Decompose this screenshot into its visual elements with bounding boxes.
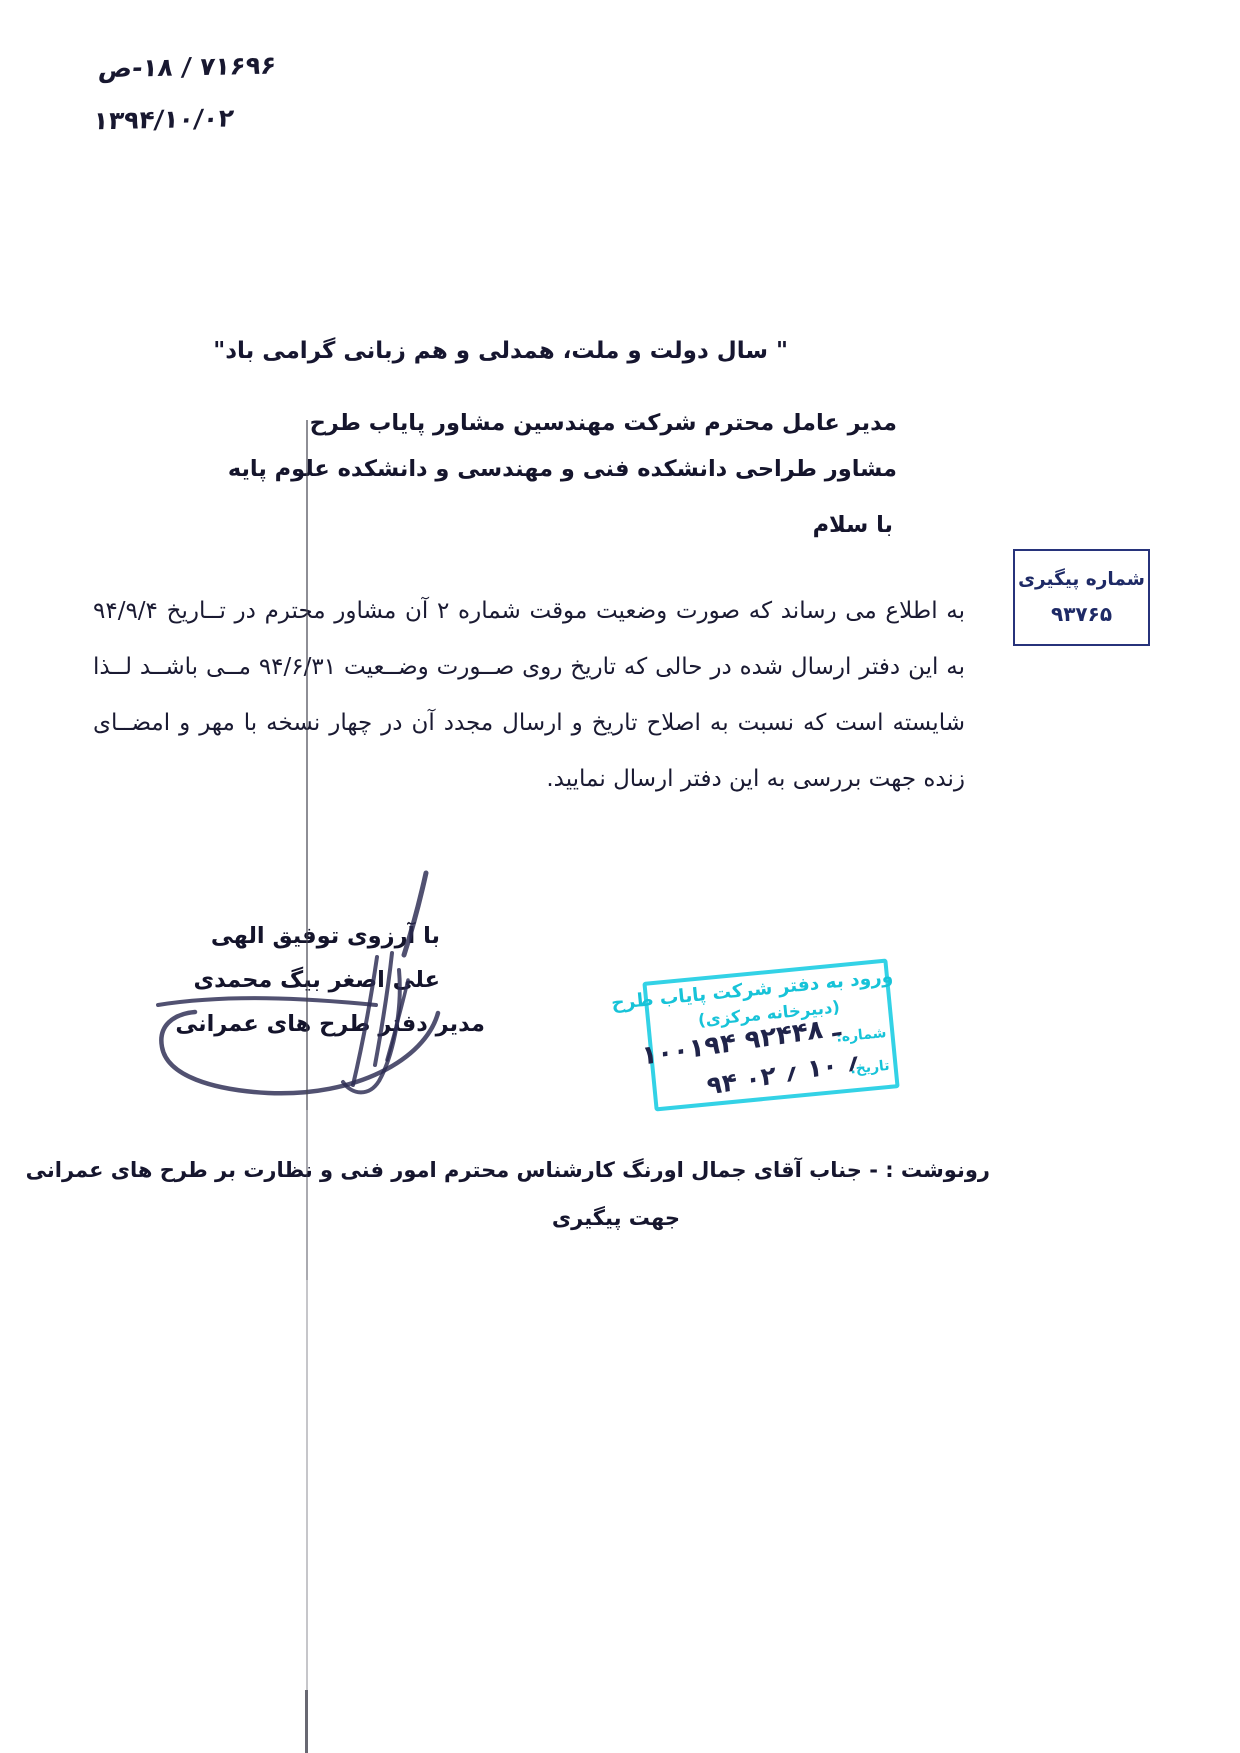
cc-line-1: رونوشت : - جناب آقای جمال اورنگ کارشناس … <box>26 1158 990 1182</box>
salutation: با سلام <box>813 512 893 538</box>
body-line-2: به این دفتر ارسال شده در حالی که تاریخ ر… <box>93 654 965 682</box>
stamp-number-label: شماره: <box>835 1025 887 1046</box>
body-line-3: شایسته است که نسبت به اصلاح تاریخ و ارسا… <box>93 710 965 738</box>
fold-line-segment-2 <box>306 1110 308 1280</box>
recipient-line-1: مدیر عامل محترم شرکت مهندسین مشاور پایاب… <box>228 412 897 435</box>
year-slogan: " سال دولت و ملت، همدلی و هم زبانی گرامی… <box>213 338 788 364</box>
ref-number: ۷۱۶۹۶ / ۱۸-ص <box>97 50 320 84</box>
fold-line-segment-3 <box>306 1280 308 1690</box>
body-line-1: به اطلاع می رساند که صورت وضعیت موقت شما… <box>93 598 965 626</box>
body-line-4: زنده جهت بررسی به این دفتر ارسال نمایید. <box>93 766 965 794</box>
recipient-block: مدیر عامل محترم شرکت مهندسین مشاور پایاب… <box>228 412 897 480</box>
ref-block: ۷۱۶۹۶ / ۱۸-ص ۱۳۹۴/۱۰/۰۲ <box>92 50 320 136</box>
scanned-letter-page: ۷۱۶۹۶ / ۱۸-ص ۱۳۹۴/۱۰/۰۲ " سال دولت و ملت… <box>0 0 1240 1753</box>
recipient-line-2: مشاور طراحی دانشکده فنی و مهندسی و دانشک… <box>228 458 897 481</box>
fold-line-segment-1 <box>306 420 308 1110</box>
cc-line-2: جهت پیگیری <box>552 1206 680 1230</box>
signatory-title: مدیر دفتر طرح های عمرانی <box>175 1013 485 1036</box>
tracking-label: شماره پیگیری <box>1018 569 1145 590</box>
signature-closing: با آرزوی توفیق الهی <box>187 925 440 948</box>
signatory-name: علی اصغر بیگ محمدی <box>175 969 440 992</box>
tracking-box: شماره پیگیری ۹۳۷۶۵ <box>1013 549 1150 646</box>
fold-line-segment-4 <box>305 1690 308 1753</box>
tracking-number: ۹۳۷۶۵ <box>1051 602 1112 626</box>
entry-stamp: ورود به دفتر شرکت پایاب طرح (دبیرخانه مر… <box>642 959 899 1112</box>
signature-block: با آرزوی توفیق الهی علی اصغر بیگ محمدی م… <box>175 925 440 1036</box>
ref-date: ۱۳۹۴/۱۰/۰۲ <box>92 102 315 136</box>
